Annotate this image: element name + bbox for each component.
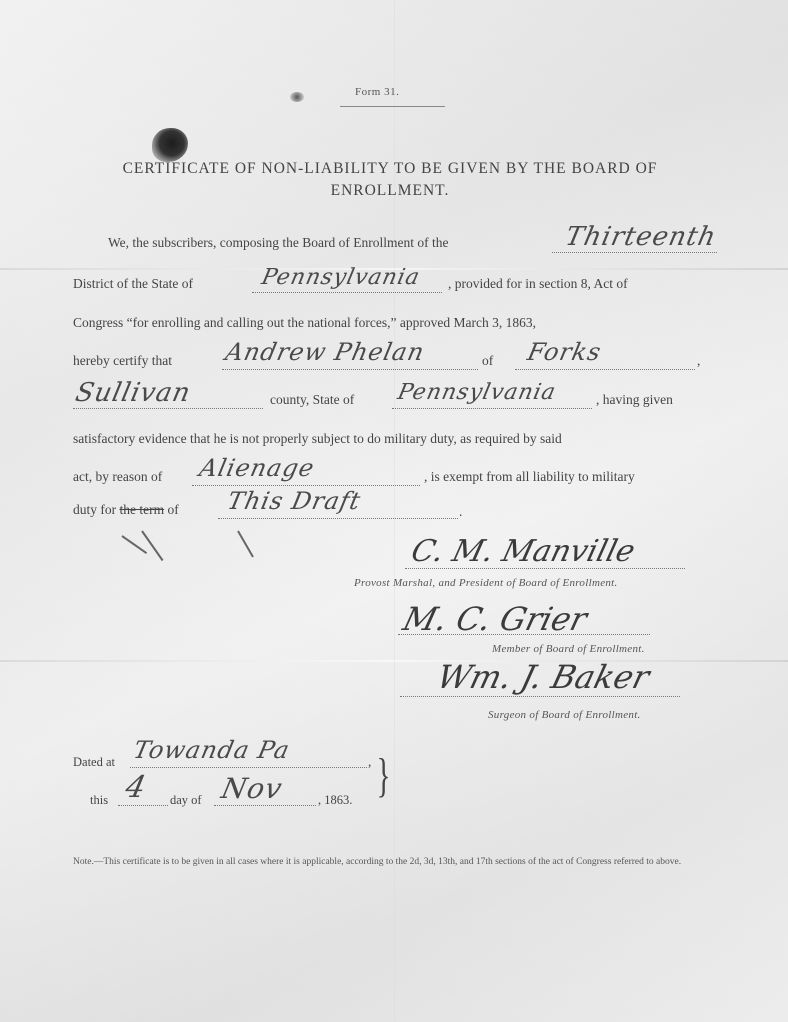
title-line-2: ENROLLMENT.	[70, 180, 710, 202]
body-line-2-prefix: District of the State of	[73, 274, 193, 294]
dated-at-label: Dated at	[73, 752, 115, 772]
fill-line-state-2	[392, 408, 592, 409]
fill-line-district	[552, 252, 717, 253]
handwritten-county: Sullivan	[73, 378, 194, 408]
divider	[340, 106, 445, 107]
title-line-1: CERTIFICATE OF NON-LIABILITY TO BE GIVEN…	[70, 158, 710, 180]
body-line-5-suffix: , having given	[596, 390, 673, 410]
handwritten-month: Nov	[218, 772, 285, 805]
handwritten-township: Forks	[525, 338, 604, 366]
handwritten-district: Thirteenth	[563, 222, 719, 252]
year-label: , 1863.	[318, 790, 352, 810]
static-text: duty for	[73, 502, 116, 517]
fill-line-place	[130, 767, 367, 768]
body-line-4-suffix: ,	[697, 351, 700, 371]
dated-place-suffix: ,	[368, 752, 371, 772]
signature-surgeon: Wm. J. Baker	[433, 658, 653, 696]
struck-text: the term	[120, 502, 165, 517]
signature-provost-marshal: C. M. Manville	[408, 534, 639, 569]
this-label: this	[90, 790, 108, 810]
brace: }	[377, 752, 391, 800]
body-line-4-prefix: hereby certify that	[73, 351, 172, 371]
paper-fold	[394, 0, 395, 1022]
fill-line-state	[252, 292, 442, 293]
body-line-4-of: of	[482, 351, 493, 371]
fill-line-township	[515, 369, 695, 370]
body-line-1: We, the subscribers, composing the Board…	[108, 233, 448, 253]
handwritten-term: This Draft	[225, 487, 364, 515]
body-line-7-suffix: , is exempt from all liability to milita…	[424, 467, 635, 487]
body-line-2-suffix: , provided for in section 8, Act of	[448, 274, 628, 294]
signature-line-3	[400, 696, 680, 697]
body-line-8: duty for the term of	[73, 500, 179, 520]
static-text: of	[167, 502, 178, 517]
fill-line-month	[214, 805, 316, 806]
signature-member: M. C. Grier	[399, 600, 591, 638]
fill-line-name	[222, 369, 478, 370]
signature-role-1: Provost Marshal, and President of Board …	[354, 577, 618, 589]
body-line-3: Congress “for enrolling and calling out …	[73, 313, 536, 333]
body-line-5-mid: county, State of	[270, 390, 354, 410]
ink-blot	[152, 128, 188, 162]
static-text: We, the subscribers, composing the Board…	[108, 235, 448, 250]
fill-line-term	[218, 518, 458, 519]
pencil-mark	[141, 530, 163, 561]
day-of-label: day of	[170, 790, 202, 810]
handwritten-reason: Alienage	[197, 454, 317, 482]
fill-line-day	[118, 805, 168, 806]
handwritten-state: Pennsylvania	[259, 265, 422, 290]
handwritten-state-2: Pennsylvania	[395, 380, 558, 405]
certificate-title: CERTIFICATE OF NON-LIABILITY TO BE GIVEN…	[70, 158, 710, 202]
signature-role-3: Surgeon of Board of Enrollment.	[488, 709, 641, 721]
handwritten-day: 4	[122, 770, 150, 805]
handwritten-place: Towanda Pa	[131, 736, 293, 764]
fill-line-county	[73, 408, 263, 409]
body-line-7-prefix: act, by reason of	[73, 467, 162, 487]
ink-stain	[290, 92, 304, 102]
pencil-mark	[237, 531, 254, 558]
pencil-mark	[121, 535, 147, 554]
signature-role-2: Member of Board of Enrollment.	[492, 643, 645, 655]
handwritten-name: Andrew Phelan	[223, 338, 427, 366]
form-number: Form 31.	[355, 86, 399, 98]
footnote: Note.—This certificate is to be given in…	[73, 856, 713, 868]
fill-line-reason	[192, 485, 420, 486]
body-line-8-suffix: .	[459, 502, 462, 522]
body-line-6: satisfactory evidence that he is not pro…	[73, 429, 562, 449]
